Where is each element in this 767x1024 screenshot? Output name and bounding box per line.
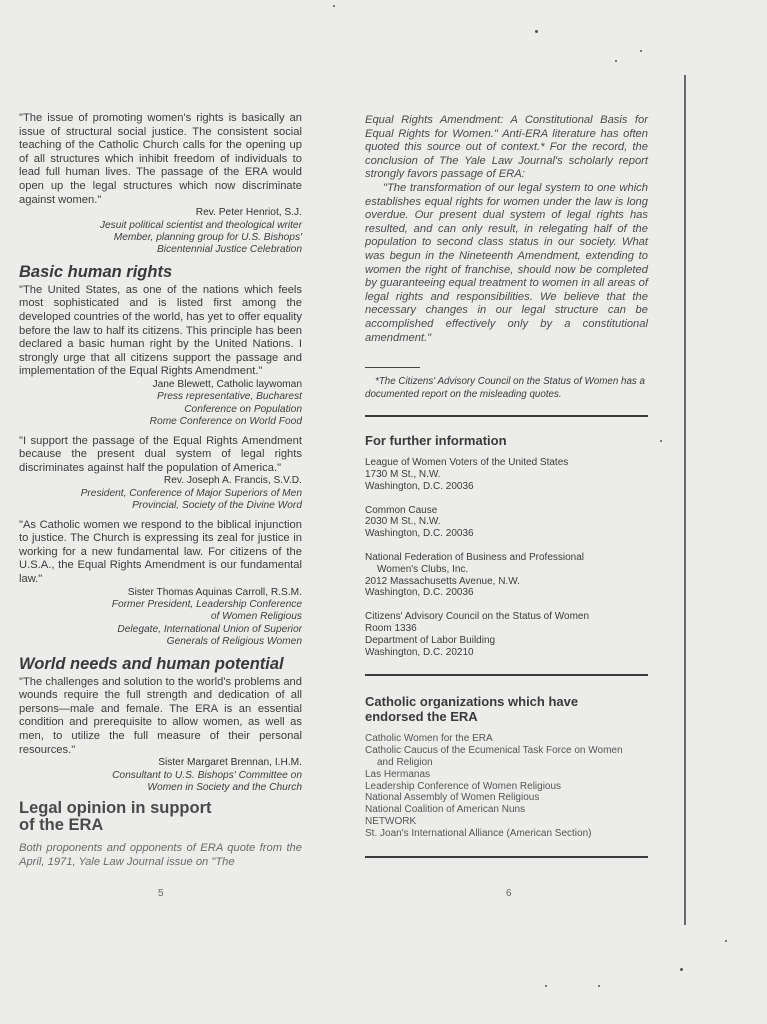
quote-block-francis: "I support the passage of the Equal Righ… [19, 435, 302, 513]
scan-speck [545, 985, 547, 987]
address-citizens-advisory-council: Citizens' Advisory Council on the Status… [365, 611, 648, 658]
speaker-role: Delegate, International Union of Superio… [19, 624, 302, 636]
address-line: 2030 M St., N.W. [365, 516, 648, 528]
quote-block-brennan: "The challenges and solution to the worl… [19, 676, 302, 795]
scanned-brochure-spread: "The issue of promoting women's rights i… [0, 0, 767, 1024]
heading-line: Legal opinion in support [19, 799, 211, 817]
speaker-role: Former President, Leadership Conference [19, 599, 302, 611]
quote-block-henriot: "The issue of promoting women's rights i… [19, 112, 302, 257]
speaker-name: Sister Margaret Brennan, I.H.M. [19, 757, 302, 769]
section-heading-legal-opinion: Legal opinion in support of the ERA [19, 800, 302, 834]
heading-line: endorsed the ERA [365, 709, 478, 724]
address-line: 1730 M St., N.W. [365, 469, 648, 481]
heading-line: of the ERA [19, 816, 103, 834]
list-item: National Coalition of American Nuns [365, 804, 648, 816]
scan-speck [333, 5, 335, 7]
scan-speck [660, 440, 662, 442]
address-line: Washington, D.C. 20036 [365, 587, 648, 599]
speaker-role: Press representative, Bucharest [19, 391, 302, 403]
scan-speck [725, 940, 727, 942]
scan-speck [598, 985, 600, 987]
speaker-name: Rev. Peter Henriot, S.J. [19, 207, 302, 219]
page-number-left: 5 [158, 888, 164, 899]
quote-text: "The United States, as one of the nation… [19, 284, 302, 379]
legal-continued-text: Equal Rights Amendment: A Constitutional… [365, 114, 648, 182]
speaker-name: Sister Thomas Aquinas Carroll, R.S.M. [19, 587, 302, 599]
address-line: Washington, D.C. 20210 [365, 647, 648, 659]
yale-law-journal-quote: "The transformation of our legal system … [365, 182, 648, 345]
quote-text: "The issue of promoting women's rights i… [19, 112, 302, 207]
list-item: St. Joan's International Alliance (Ameri… [365, 828, 648, 840]
speaker-role: Member, planning group for U.S. Bishops' [19, 232, 302, 244]
list-item: Catholic Women for the ERA [365, 733, 648, 745]
address-line: 2012 Massachusetts Avenue, N.W. [365, 576, 648, 588]
section-heading-further-information: For further information [365, 433, 648, 448]
list-item: NETWORK [365, 816, 648, 828]
speaker-role: Women in Society and the Church [19, 782, 302, 794]
address-common-cause: Common Cause 2030 M St., N.W. Washington… [365, 505, 648, 540]
address-line: Washington, D.C. 20036 [365, 528, 648, 540]
address-line: Women's Clubs, Inc. [365, 564, 648, 576]
footnote-text: *The Citizens' Advisory Council on the S… [365, 376, 648, 401]
quote-text: "I support the passage of the Equal Righ… [19, 435, 302, 476]
legal-opinion-continued: Equal Rights Amendment: A Constitutional… [365, 114, 648, 345]
speaker-role: Provincial, Society of the Divine Word [19, 500, 302, 512]
quote-attribution: Sister Thomas Aquinas Carroll, R.S.M. Fo… [19, 587, 302, 649]
speaker-role: Conference on Population [19, 404, 302, 416]
address-line: Washington, D.C. 20036 [365, 481, 648, 493]
page-number-right: 6 [506, 888, 512, 899]
section-divider [365, 856, 648, 858]
footnote: *The Citizens' Advisory Council on the S… [365, 376, 648, 401]
speaker-role: President, Conference of Major Superiors… [19, 488, 302, 500]
address-line: Citizens' Advisory Council on the Status… [365, 611, 648, 623]
quote-block-blewett: "The United States, as one of the nation… [19, 284, 302, 429]
heading-line: Catholic organizations which have [365, 694, 578, 709]
quote-text: "The challenges and solution to the worl… [19, 676, 302, 758]
footnote-rule [365, 367, 420, 368]
list-item: National Assembly of Women Religious [365, 792, 648, 804]
right-page-column: Equal Rights Amendment: A Constitutional… [365, 114, 648, 874]
scan-speck [640, 50, 642, 52]
section-heading-world-needs: World needs and human potential [19, 655, 302, 674]
quote-attribution: Jane Blewett, Catholic laywoman Press re… [19, 379, 302, 429]
speaker-name: Rev. Joseph A. Francis, S.V.D. [19, 475, 302, 487]
quote-attribution: Sister Margaret Brennan, I.H.M. Consulta… [19, 757, 302, 794]
speaker-role: Jesuit political scientist and theologic… [19, 220, 302, 232]
address-league-of-women-voters: League of Women Voters of the United Sta… [365, 457, 648, 492]
list-item: Las Hermanas [365, 769, 648, 781]
catholic-organizations-list: Catholic Women for the ERA Catholic Cauc… [365, 733, 648, 839]
address-nfbpwc: National Federation of Business and Prof… [365, 552, 648, 599]
section-divider [365, 674, 648, 676]
list-item: and Religion [365, 757, 648, 769]
quote-text: "As Catholic women we respond to the bib… [19, 519, 302, 587]
address-line: Common Cause [365, 505, 648, 517]
speaker-role: Generals of Religious Women [19, 636, 302, 648]
left-page-column: "The issue of promoting women's rights i… [19, 112, 302, 870]
address-line: Department of Labor Building [365, 635, 648, 647]
speaker-role: Rome Conference on World Food [19, 416, 302, 428]
section-heading-catholic-organizations: Catholic organizations which have endors… [365, 694, 648, 724]
speaker-role: Bicentennial Justice Celebration [19, 244, 302, 256]
quote-attribution: Rev. Peter Henriot, S.J. Jesuit politica… [19, 207, 302, 257]
page-edge-rule [684, 75, 686, 925]
scan-speck [535, 30, 538, 33]
section-divider [365, 415, 648, 417]
speaker-name: Jane Blewett, Catholic laywoman [19, 379, 302, 391]
address-line: League of Women Voters of the United Sta… [365, 457, 648, 469]
list-item: Leadership Conference of Women Religious [365, 781, 648, 793]
scan-speck [680, 968, 683, 971]
scan-speck [615, 60, 617, 62]
speaker-role: Consultant to U.S. Bishops' Committee on [19, 770, 302, 782]
address-line: National Federation of Business and Prof… [365, 552, 648, 564]
list-item: Catholic Caucus of the Ecumenical Task F… [365, 745, 648, 757]
quote-attribution: Rev. Joseph A. Francis, S.V.D. President… [19, 475, 302, 512]
speaker-role: of Women Religious [19, 611, 302, 623]
section-heading-basic-human-rights: Basic human rights [19, 263, 302, 282]
legal-opinion-intro: Both proponents and opponents of ERA quo… [19, 842, 302, 869]
address-line: Room 1336 [365, 623, 648, 635]
quote-block-carroll: "As Catholic women we respond to the bib… [19, 519, 302, 649]
